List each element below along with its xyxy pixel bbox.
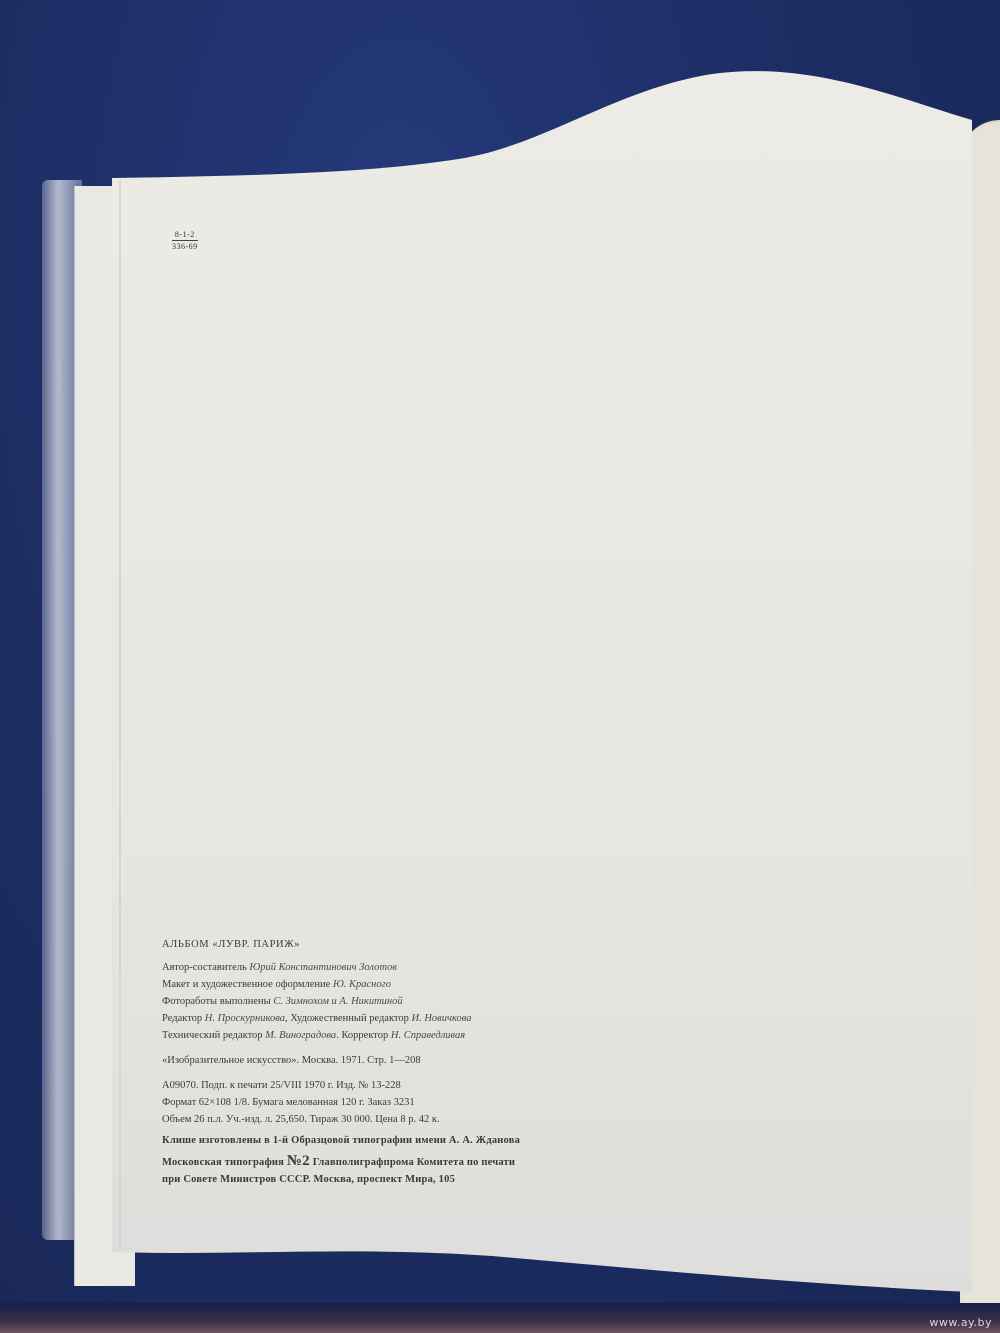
proofreader-name: Н. Справедливая [391, 1030, 465, 1041]
photo-scene: 8-1-2 336-69 АЛЬБОМ «ЛУВР. ПАРИЖ» Автор-… [0, 0, 1000, 1333]
art-editor-label: Художественный редактор [290, 1013, 409, 1024]
tech-editor-name: М. Виноградова [265, 1030, 336, 1041]
author-name: Юрий Константинович Золотов [249, 962, 396, 973]
printer-number: №2 [287, 1153, 310, 1169]
photo-line: Фотоработы выполнены С. Зимнохом и А. Ни… [162, 993, 542, 1010]
layout-label: Макет и художественное оформление [162, 979, 330, 990]
editor-name: Н. Проскурникова [205, 1013, 285, 1024]
publisher-line: «Изобразительное искусство». Москва. 197… [162, 1052, 542, 1069]
tech-editor-line: Технический редактор М. Виноградова. Кор… [162, 1027, 542, 1044]
printer-org: Главполиграфпрома Комитета по печати [313, 1157, 515, 1168]
photo-names: С. Зимнохом и А. Никитиной [273, 996, 402, 1007]
editor-line: Редактор Н. Проскурникова, Художественны… [162, 1010, 542, 1027]
tech-editor-label: Технический редактор [162, 1030, 263, 1041]
photo-label: Фотоработы выполнены [162, 996, 271, 1007]
author-line: Автор-составитель Юрий Константинович Зо… [162, 959, 542, 976]
print-line-2: Формат 62×108 1/8. Бумага мелованная 120… [162, 1094, 542, 1111]
catalog-code: 8-1-2 336-69 [172, 230, 198, 252]
layout-name: Ю. Красного [333, 979, 391, 990]
print-line-1: А09070. Подп. к печати 25/VIII 1970 г. И… [162, 1077, 542, 1094]
layout-line: Макет и художественное оформление Ю. Кра… [162, 976, 542, 993]
album-title: АЛЬБОМ «ЛУВР. ПАРИЖ» [162, 936, 542, 953]
printer-name: Московская типография [162, 1157, 284, 1168]
print-line-3: Объем 26 п.л. Уч.-изд. л. 25,650. Тираж … [162, 1111, 542, 1128]
author-label: Автор-составитель [162, 962, 247, 973]
printer-line-1: Московская типография №2 Главполиграфпро… [162, 1153, 542, 1171]
catalog-code-numerator: 8-1-2 [172, 230, 198, 240]
art-editor-name: И. Новичкова [412, 1013, 472, 1024]
watermark: www.ay.by [929, 1316, 992, 1329]
editor-label: Редактор [162, 1013, 202, 1024]
printer-line-2: при Совете Министров СССР. Москва, просп… [162, 1171, 542, 1188]
colophon: АЛЬБОМ «ЛУВР. ПАРИЖ» Автор-составитель Ю… [162, 936, 542, 1188]
proofreader-label: Корректор [341, 1030, 388, 1041]
cliche-line: Клише изготовлены в 1-й Образцовой типог… [162, 1132, 542, 1149]
catalog-code-denominator: 336-69 [172, 240, 198, 252]
table-surface [0, 1303, 1000, 1333]
